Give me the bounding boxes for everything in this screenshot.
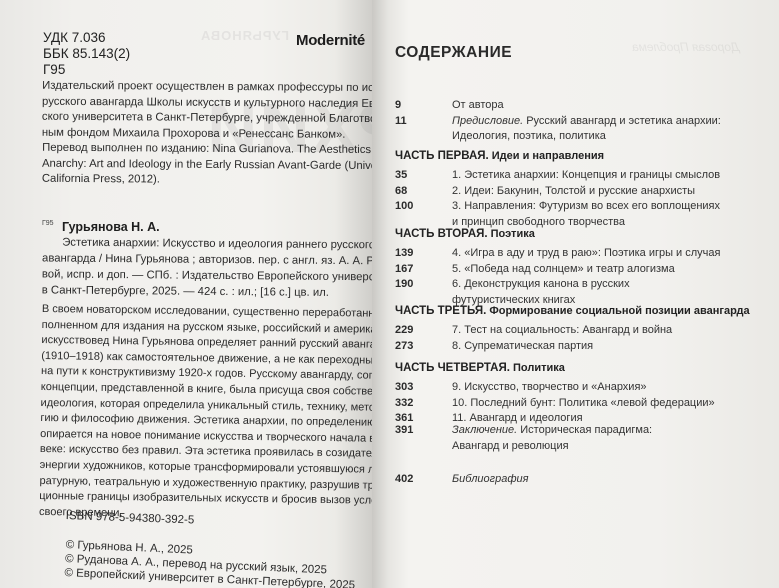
catalog-description: Эстетика анархии: Искусство и идеология …: [42, 234, 372, 301]
toc-entry[interactable]: 1906. Деконструкция канона в русскихфуту…: [395, 277, 630, 308]
copyright-notices: © Гурьянова Н. А., 2025 © Руданова А. А.…: [64, 538, 356, 588]
toc-entry-title: 9. Искусство, творчество и «Анархия»: [452, 380, 647, 396]
toc-entry[interactable]: 1003. Направления: Футуризм во всех его …: [395, 199, 720, 230]
bleed-through-text: Дорогая Проблема: [632, 40, 739, 54]
right-page-contents: Дорогая Проблема СОДЕРЖАНИЕ 9От автора11…: [372, 0, 779, 588]
toc-page-number: 167: [395, 262, 452, 278]
toc-entry[interactable]: 1675. «Победа над солнцем» и театр алоги…: [395, 262, 675, 278]
toc-part-heading[interactable]: ЧАСТЬ ТРЕТЬЯ. Формирование социальной по…: [395, 305, 750, 317]
toc-entry-title: 2. Идеи: Бакунин, Толстой и русские анар…: [452, 184, 695, 200]
toc-page-number: 332: [395, 396, 452, 412]
toc-entry[interactable]: 2297. Тест на социальность: Авангард и в…: [395, 323, 672, 339]
toc-page-number: 402: [395, 472, 452, 488]
toc-entry-title: Предисловие. Русский авангард и эстетика…: [452, 114, 721, 145]
toc-page-number: 190: [395, 277, 452, 308]
toc-entry[interactable]: 1394. «Игра в аду и труд в раю»: Поэтика…: [395, 246, 720, 262]
toc-entry[interactable]: 2738. Супрематическая партия: [395, 339, 593, 355]
toc-entry[interactable]: 402Библиография: [395, 472, 529, 488]
toc-page-number: 68: [395, 184, 452, 200]
toc-page-number: 35: [395, 168, 452, 184]
toc-page-number: 9: [395, 98, 452, 114]
left-page-imprint: ГУРЬЯНОВА АНАРХИИ УДК 7.036 ББК 85.143(2…: [0, 0, 372, 588]
toc-entry-title: 1. Эстетика анархии: Концепция и границы…: [452, 168, 720, 184]
toc-entry[interactable]: 391Заключение. Историческая парадигма:Ав…: [395, 423, 652, 454]
toc-entry[interactable]: 11Предисловие. Русский авангард и эстети…: [395, 114, 721, 145]
toc-entry[interactable]: 351. Эстетика анархии: Концепция и грани…: [395, 168, 720, 184]
toc-entry[interactable]: 33210. Последний бунт: Политика «левой ф…: [395, 396, 715, 412]
book-abstract: В своем новаторском исследовании, сущест…: [39, 302, 372, 526]
toc-part-heading[interactable]: ЧАСТЬ ВТОРАЯ. Поэтика: [395, 228, 535, 240]
toc-entry-title: Библиография: [452, 472, 529, 488]
toc-entry-title: 6. Деконструкция канона в русскихфутурис…: [452, 277, 630, 308]
bleed-through-text: ГУРЬЯНОВА: [200, 28, 289, 43]
toc-page-number: 391: [395, 423, 452, 454]
toc-entry-title: Заключение. Историческая парадигма:Аванг…: [452, 423, 652, 454]
toc-page-number: 100: [395, 199, 452, 230]
project-note: Издательский проект осуществлен в рамках…: [42, 79, 372, 144]
toc-entry-title: От автора: [452, 98, 504, 114]
toc-page-number: 11: [395, 114, 452, 145]
toc-entry-title: 8. Супрематическая партия: [452, 339, 593, 355]
catalog-code: Г95: [42, 220, 54, 227]
toc-entry-title: 5. «Победа над солнцем» и театр алогизма: [452, 262, 675, 278]
toc-entry[interactable]: 3039. Искусство, творчество и «Анархия»: [395, 380, 647, 396]
translation-note: Перевод выполнен по изданию: Nina Gurian…: [42, 141, 372, 190]
publisher-logo: Modernité: [296, 32, 365, 49]
catalog-author: Гурьянова Н. А.: [62, 220, 160, 234]
page-title: СОДЕРЖАНИЕ: [395, 44, 512, 62]
toc-entry-title: 4. «Игра в аду и труд в раю»: Поэтика иг…: [452, 246, 720, 262]
toc-part-heading[interactable]: ЧАСТЬ ПЕРВАЯ. Идеи и направления: [395, 150, 604, 162]
toc-page-number: 229: [395, 323, 452, 339]
toc-page-number: 273: [395, 339, 452, 355]
classification-codes: УДК 7.036 ББК 85.143(2) Г95: [43, 30, 130, 78]
toc-entry-title: 10. Последний бунт: Политика «левой феде…: [452, 396, 715, 412]
toc-entry-title: 7. Тест на социальность: Авангард и войн…: [452, 323, 672, 339]
toc-entry[interactable]: 682. Идеи: Бакунин, Толстой и русские ан…: [395, 184, 695, 200]
toc-part-heading[interactable]: ЧАСТЬ ЧЕТВЕРТАЯ. Политика: [395, 362, 565, 374]
toc-page-number: 139: [395, 246, 452, 262]
toc-entry-title: 3. Направления: Футуризм во всех его воп…: [452, 199, 720, 230]
toc-page-number: 303: [395, 380, 452, 396]
toc-entry[interactable]: 9От автора: [395, 98, 504, 114]
